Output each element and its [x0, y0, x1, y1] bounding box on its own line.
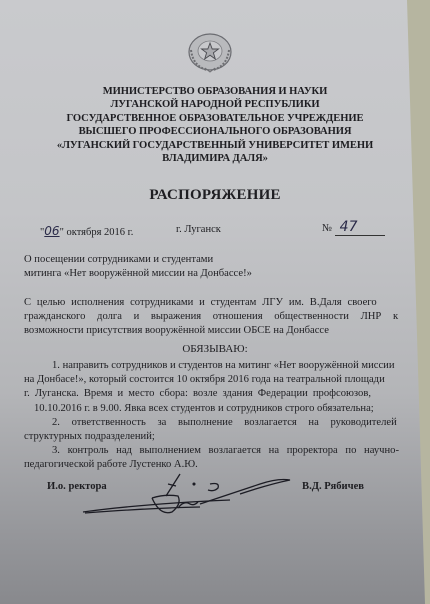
- handwritten-day: 06: [44, 224, 59, 238]
- item-1-line: на Донбасе!», который состоится 10 октяб…: [24, 373, 404, 387]
- number-label: №: [322, 223, 332, 234]
- document-subject: О посещении сотрудниками и студентами ми…: [24, 253, 252, 281]
- header-line: ВЫСШЕГО ПРОФЕССИОНАЛЬНОГО ОБРАЗОВАНИЯ: [0, 125, 430, 138]
- document-date: "06" октября 2016 г.: [40, 224, 133, 238]
- header-line: ЛУГАНСКОЙ НАРОДНОЙ РЕСПУБЛИКИ: [0, 98, 430, 111]
- month-year: октября 2016 г.: [67, 227, 134, 238]
- order-items: 1. направить сотрудников и студентов на …: [24, 359, 404, 473]
- header-line: «ЛУГАНСКИЙ ГОСУДАРСТВЕННЫЙ УНИВЕРСИТЕТ И…: [0, 139, 430, 152]
- institution-header: МИНИСТЕРСТВО ОБРАЗОВАНИЯ И НАУКИ ЛУГАНСК…: [0, 85, 430, 165]
- preamble-paragraph: С целью исполнения сотрудниками и студен…: [24, 296, 399, 338]
- handwritten-number: 47: [340, 219, 358, 235]
- item-2-line: 2. ответственность за выполнение возлага…: [24, 416, 404, 430]
- document-city: г. Луганск: [176, 224, 221, 235]
- item-1-line: 10.10.2016 г. в 9.00. Явка всех студенто…: [24, 402, 404, 416]
- handwritten-signature-icon: [80, 472, 310, 532]
- document-number: № 47: [322, 219, 385, 236]
- obliges-heading: ОБЯЗЫВАЮ:: [0, 343, 430, 355]
- header-line: ГОСУДАРСТВЕННОЕ ОБРАЗОВАТЕЛЬНОЕ УЧРЕЖДЕН…: [0, 112, 430, 125]
- header-line: МИНИСТЕРСТВО ОБРАЗОВАНИЯ И НАУКИ: [0, 85, 430, 98]
- lnr-coat-of-arms-icon: [187, 32, 233, 74]
- item-3-line: 3. контроль над выполнением возлагается …: [24, 444, 404, 458]
- item-3-line: педагогической работе Лустенко А.Ю.: [24, 458, 404, 472]
- item-1-line: 1. направить сотрудников и студентов на …: [24, 359, 404, 373]
- document-title: РАСПОРЯЖЕНИЕ: [0, 187, 430, 204]
- header-line: ВЛАДИМИРА ДАЛЯ»: [0, 152, 430, 165]
- item-1-line: г. Луганска. Время и место сбора: возле …: [24, 387, 404, 401]
- item-2-line: структурных подразделений;: [24, 430, 404, 444]
- signatory-name: В.Д. Рябичев: [302, 481, 364, 492]
